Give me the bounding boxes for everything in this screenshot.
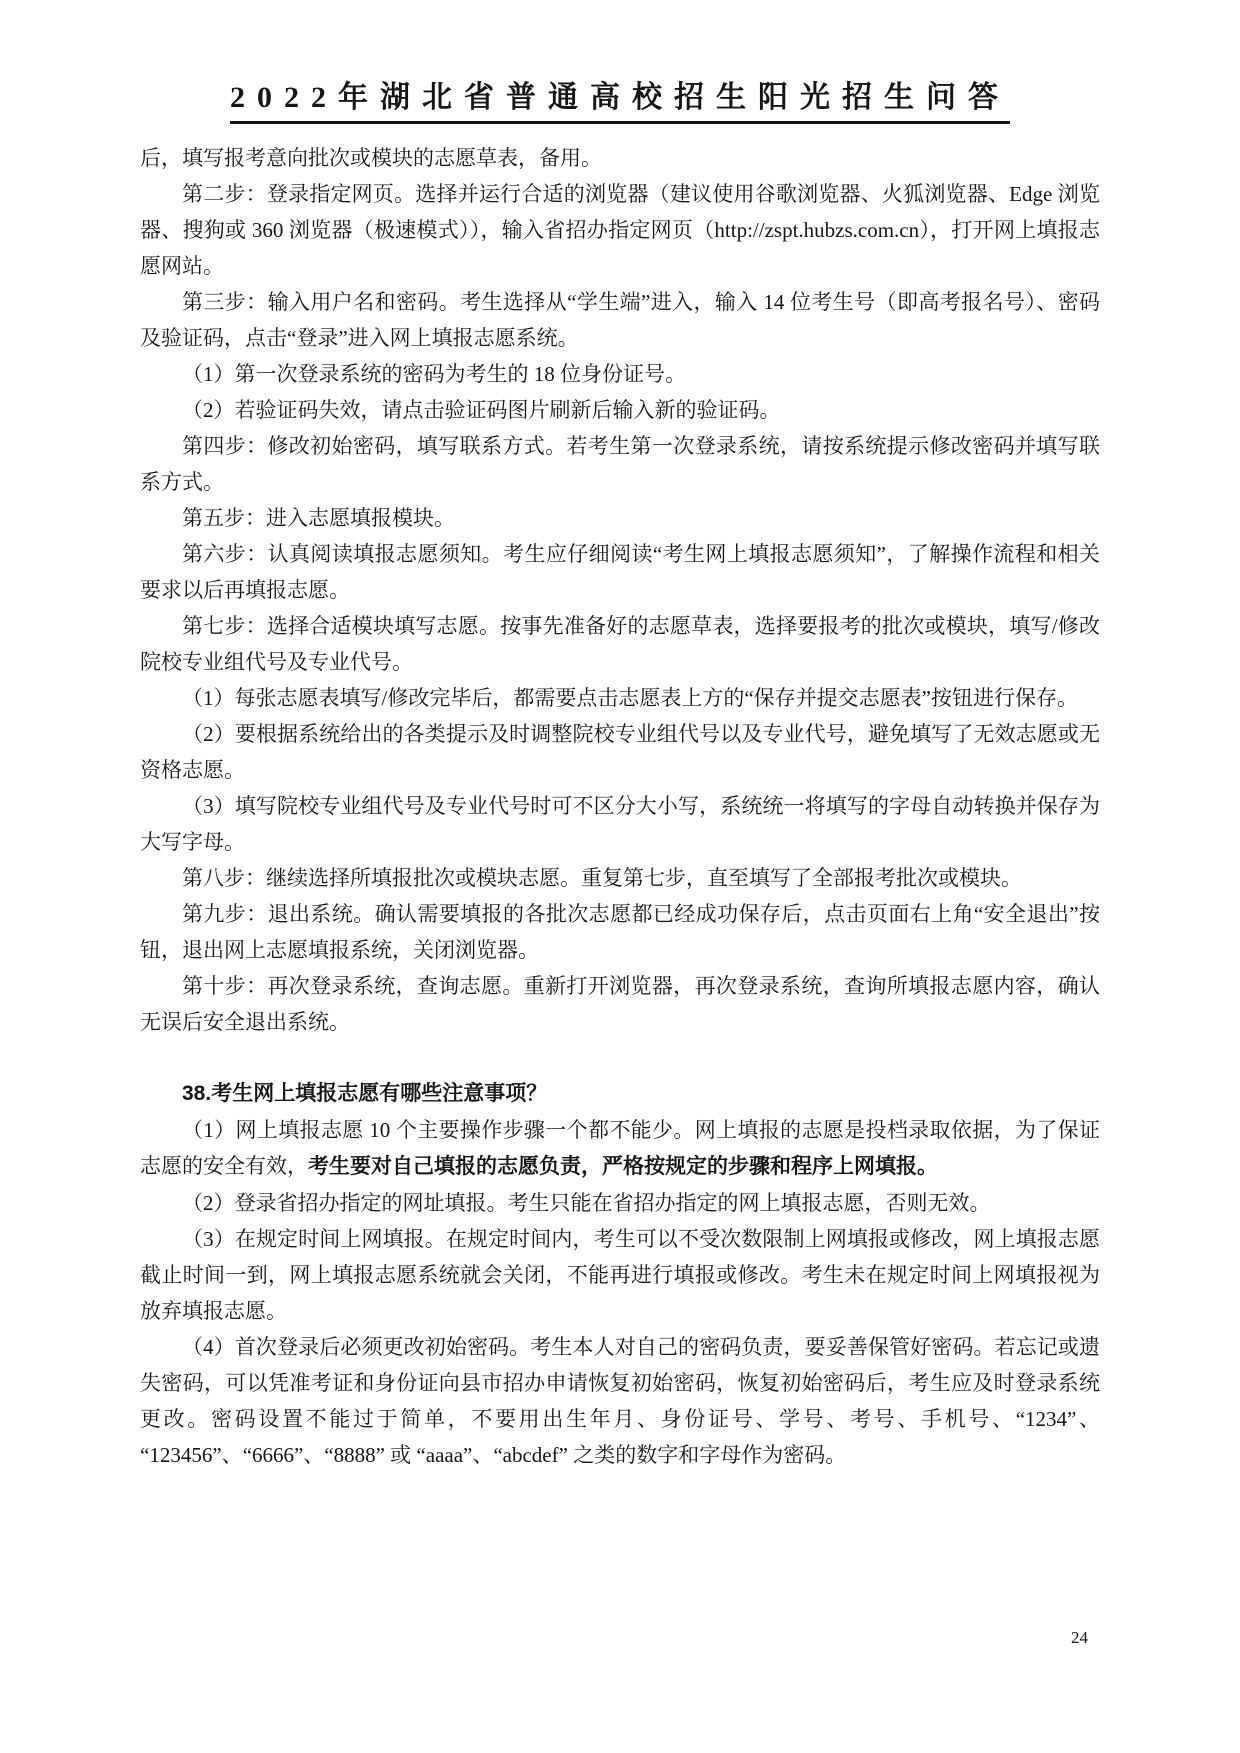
text-run: （3）填写院校专业组代号及专业代号时可不区分大小写，系统统一将填写的字母自动转换…: [140, 794, 1100, 854]
paragraph: （2）要根据系统给出的各类提示及时调整院校专业组代号以及专业代号，避免填写了无效…: [140, 716, 1100, 788]
paragraph: 第五步：进入志愿填报模块。: [140, 500, 1100, 536]
paragraph: 后，填写报考意向批次或模块的志愿草表，备用。: [140, 140, 1100, 176]
text-run: （2）要根据系统给出的各类提示及时调整院校专业组代号以及专业代号，避免填写了无效…: [140, 722, 1100, 782]
paragraph: 第四步：修改初始密码，填写联系方式。若考生第一次登录系统，请按系统提示修改密码并…: [140, 428, 1100, 500]
paragraph: 第七步：选择合适模块填写志愿。按事先准备好的志愿草表，选择要报考的批次或模块，填…: [140, 608, 1100, 680]
paragraph: 第三步：输入用户名和密码。考生选择从“学生端”进入，输入 14 位考生号（即高考…: [140, 284, 1100, 356]
text-run: 第三步：输入用户名和密码。考生选择从“学生端”进入，输入 14 位考生号（即高考…: [140, 290, 1100, 350]
page-number: 24: [1071, 1628, 1088, 1647]
paragraph: （1）第一次登录系统的密码为考生的 18 位身份证号。: [140, 356, 1100, 392]
text-run: 第八步：继续选择所填报批次或模块志愿。重复第七步，直至填写了全部报考批次或模块。: [182, 866, 1022, 890]
bold-text-run: 考生要对自己填报的志愿负责，严格按规定的步骤和程序上网填报。: [308, 1155, 938, 1178]
text-run: 第六步：认真阅读填报志愿须知。考生应仔细阅读“考生网上填报志愿须知”，了解操作流…: [140, 542, 1100, 602]
paragraph: 第六步：认真阅读填报志愿须知。考生应仔细阅读“考生网上填报志愿须知”，了解操作流…: [140, 536, 1100, 608]
document-body: 后，填写报考意向批次或模块的志愿草表，备用。第二步：登录指定网页。选择并运行合适…: [140, 140, 1100, 1473]
text-run: （3）在规定时间上网填报。在规定时间内，考生可以不受次数限制上网填报或修改，网上…: [140, 1227, 1100, 1323]
paragraph: 第十步：再次登录系统，查询志愿。重新打开浏览器，再次登录系统，查询所填报志愿内容…: [140, 968, 1100, 1040]
bold-text-run: 38.考生网上填报志愿有哪些注意事项？: [182, 1082, 547, 1105]
paragraph-spacer: [140, 1040, 1100, 1076]
text-run: 第九步：退出系统。确认需要填报的各批次志愿都已经成功保存后，点击页面右上角“安全…: [140, 902, 1100, 962]
text-run: 第二步：登录指定网页。选择并运行合适的浏览器（建议使用谷歌浏览器、火狐浏览器、E…: [140, 182, 1100, 278]
paragraph: （1）网上填报志愿 10 个主要操作步骤一个都不能少。网上填报的志愿是投档录取依…: [140, 1112, 1100, 1185]
text-run: （2）若验证码失效，请点击验证码图片刷新后输入新的验证码。: [182, 398, 781, 422]
text-run: 第四步：修改初始密码，填写联系方式。若考生第一次登录系统，请按系统提示修改密码并…: [140, 434, 1100, 494]
paragraph: （3）在规定时间上网填报。在规定时间内，考生可以不受次数限制上网填报或修改，网上…: [140, 1221, 1100, 1329]
paragraph: （2）登录省招办指定的网址填报。考生只能在省招办指定的网上填报志愿，否则无效。: [140, 1185, 1100, 1221]
text-run: 第五步：进入志愿填报模块。: [182, 506, 455, 530]
paragraph: （4）首次登录后必须更改初始密码。考生本人对自己的密码负责，要妥善保管好密码。若…: [140, 1329, 1100, 1473]
paragraph: 第九步：退出系统。确认需要填报的各批次志愿都已经成功保存后，点击页面右上角“安全…: [140, 896, 1100, 968]
paragraph: （2）若验证码失效，请点击验证码图片刷新后输入新的验证码。: [140, 392, 1100, 428]
paragraph: （3）填写院校专业组代号及专业代号时可不区分大小写，系统统一将填写的字母自动转换…: [140, 788, 1100, 860]
text-run: （1）第一次登录系统的密码为考生的 18 位身份证号。: [182, 362, 686, 386]
text-run: 后，填写报考意向批次或模块的志愿草表，备用。: [140, 146, 602, 170]
paragraph: 第八步：继续选择所填报批次或模块志愿。重复第七步，直至填写了全部报考批次或模块。: [140, 860, 1100, 896]
text-run: （2）登录省招办指定的网址填报。考生只能在省招办指定的网上填报志愿，否则无效。: [182, 1191, 991, 1215]
section-heading: 38.考生网上填报志愿有哪些注意事项？: [140, 1076, 1100, 1112]
paragraph: （1）每张志愿表填写/修改完毕后，都需要点击志愿表上方的“保存并提交志愿表”按钮…: [140, 680, 1100, 716]
text-run: 第七步：选择合适模块填写志愿。按事先准备好的志愿草表，选择要报考的批次或模块，填…: [140, 614, 1100, 674]
document-header: 2022年湖北省普通高校招生阳光招生问答: [140, 80, 1100, 124]
text-run: 第十步：再次登录系统，查询志愿。重新打开浏览器，再次登录系统，查询所填报志愿内容…: [140, 974, 1100, 1034]
page-title: 2022年湖北省普通高校招生阳光招生问答: [230, 80, 1010, 124]
text-run: （4）首次登录后必须更改初始密码。考生本人对自己的密码负责，要妥善保管好密码。若…: [140, 1335, 1100, 1467]
document-footer: 24: [1071, 1628, 1088, 1648]
document-page: 2022年湖北省普通高校招生阳光招生问答 后，填写报考意向批次或模块的志愿草表，…: [0, 0, 1240, 1753]
text-run: （1）每张志愿表填写/修改完毕后，都需要点击志愿表上方的“保存并提交志愿表”按钮…: [182, 686, 1078, 710]
paragraph: 第二步：登录指定网页。选择并运行合适的浏览器（建议使用谷歌浏览器、火狐浏览器、E…: [140, 176, 1100, 284]
